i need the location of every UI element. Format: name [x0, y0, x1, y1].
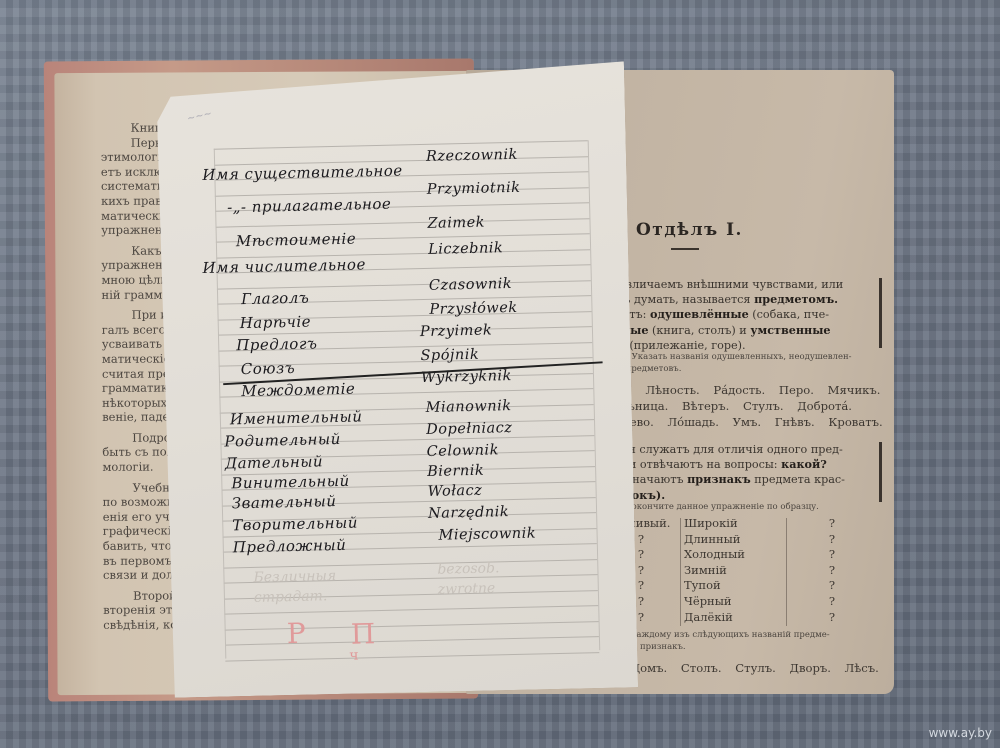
ruled-line [225, 652, 599, 661]
russian-term: Нарѣчіе [240, 313, 312, 333]
faded-russian: страдат. [254, 588, 328, 606]
red-pencil-mark: ч [349, 648, 359, 664]
paragraph-line: ого и отвѣчаютъ на вопросы: какой? [606, 457, 894, 472]
polish-term: Rzeczownik [426, 147, 518, 165]
table-cell: Холодный [684, 547, 784, 563]
ruled-line [225, 621, 599, 630]
polish-term: Liczebnik [428, 240, 503, 258]
polish-term: Przysłówek [429, 300, 518, 318]
faded-polish: bezosob. [437, 560, 499, 577]
bold-term: предметомъ. [754, 292, 838, 306]
pencil-scribble: ~~~ [186, 108, 213, 124]
case-russian: Дательный [225, 452, 324, 472]
exercise-3-words: ъ. Домъ. Столъ. Стулъ. Дворъ. Лѣсъ. [606, 660, 879, 676]
red-pencil-mark: П [350, 617, 375, 651]
faded-russian: Безличныя [253, 568, 336, 586]
case-polish: Mianownik [426, 398, 512, 416]
paragraph-line: орыя служатъ для отличія одного пред- [606, 442, 894, 457]
handwritten-vocabulary-sheet: ~~~ Имя существительноеRzeczownik-„- при… [156, 61, 638, 697]
photo-scene: КнигаПервыэтимологіиетъ исключсистематич… [0, 0, 1000, 748]
case-polish: Biernik [427, 463, 484, 480]
red-pencil-mark: Р [286, 617, 306, 650]
paragraph-line: бываютъ: одушевлённые (собака, пче- [591, 307, 881, 322]
ruled-line [217, 280, 591, 289]
case-russian: Предложный [233, 536, 347, 557]
case-polish: Dopełniacz [426, 420, 513, 438]
polish-term: Przymiotnik [427, 180, 521, 198]
margin-bar [879, 278, 882, 348]
case-russian: Именительный [230, 407, 363, 428]
polish-term: Zaimek [427, 215, 485, 232]
table-cell: Длинный [684, 532, 784, 548]
exercise-2-heading: 2-е. Докончите данное упражненіе по обра… [606, 502, 819, 512]
ruled-line [223, 559, 597, 568]
table-divider [680, 518, 681, 626]
plain-text: (прилежаніе, горе). [626, 339, 746, 352]
definition-noun: мы различаемъ внѣшними чувствами, илиоже… [591, 277, 881, 353]
definition-adjective: орыя служатъ для отличія одного пред-ого… [606, 442, 894, 503]
chapter-rule [671, 248, 699, 250]
table-cell: Чёрный [684, 594, 784, 610]
table-cell: ? [792, 532, 872, 548]
table-cell: ? [792, 547, 872, 563]
case-russian: Творительный [232, 514, 358, 535]
russian-term: Глаголъ [241, 289, 309, 309]
table-cell: ? [792, 594, 872, 610]
paragraph-line: мы различаемъ внѣшними чувствами, или [591, 277, 881, 292]
table-cell: Тупой [684, 578, 784, 594]
polish-term: Spójnik [420, 347, 479, 364]
paragraph-line: ожемъ думать, называется предметомъ. [591, 292, 881, 307]
margin-bar-2 [879, 442, 882, 502]
russian-term: Предлогъ [236, 334, 318, 354]
case-polish: Celownik [427, 442, 500, 460]
paragraph-line: влённые (книга, столъ) и умственные [591, 323, 881, 338]
watermark: www.ay.by [929, 726, 992, 740]
bold-term: признакъ [687, 472, 751, 486]
paragraph-line: высокъ). [606, 488, 894, 503]
plain-text: предмета крас- [751, 473, 845, 486]
table-cell: Зимній [684, 563, 784, 579]
plain-text: орыя служатъ для отличія одного пред- [606, 443, 843, 456]
exercise-3-heading: е. Къ каждому изъ слѣдующихъ названій пр… [606, 630, 830, 640]
word-line: Дерево. Лóшадь. Умъ. Гнѣвъ. Кроватъ. [606, 414, 883, 430]
paragraph-line: иные (прилежаніе, горе). [591, 338, 881, 353]
table-cell: ? [792, 516, 872, 532]
russian-term: Мѣстоименіе [236, 230, 357, 251]
ruled-line [225, 636, 599, 645]
table-cell: ? [792, 610, 872, 626]
ruled-line [224, 605, 598, 614]
ruled-line [215, 187, 589, 196]
faded-polish: zwrotne [438, 580, 496, 597]
table-cell: Далёкій [684, 610, 784, 626]
russian-term: Союзъ [241, 359, 296, 378]
table-divider [786, 518, 787, 626]
case-russian: Винительный [231, 472, 350, 493]
word-line: рильница. Вѣтеръ. Стулъ. Добротá. [606, 398, 883, 414]
case-russian: Звательный [232, 492, 337, 512]
table-cell: Широкій [684, 516, 784, 532]
bold-term: какой? [781, 457, 827, 471]
case-russian: Родительный [224, 430, 341, 451]
paragraph-line: обозначаютъ признакъ предмета крас- [606, 472, 894, 487]
exercise-1-words: ица. Лѣность. Рáдость. Перо. Мячикъ.риль… [606, 382, 883, 430]
word-line: ица. Лѣность. Рáдость. Перо. Мячикъ. [606, 382, 883, 398]
bold-term: умственные [750, 323, 830, 337]
table-cell: ? [792, 563, 872, 579]
case-polish: Miejscownik [438, 525, 536, 543]
table-cell: ? [792, 578, 872, 594]
polish-term: Czasownik [429, 276, 513, 294]
plain-text: (собака, пче- [749, 308, 829, 321]
table-col-2: ШирокійДлинныйХолодныйЗимнійТупойЧёрныйД… [684, 516, 784, 625]
case-polish: Narzędnik [428, 504, 509, 522]
case-polish: Wołacz [427, 483, 482, 500]
ruled-line [216, 218, 590, 227]
russian-term: -„- прилагательное [227, 195, 392, 217]
russian-term: Имя числительное [202, 255, 366, 277]
plain-text: (книга, столъ) и [649, 324, 751, 337]
chapter-title: Отдѣлъ I. [636, 220, 743, 240]
polish-term: Przyimek [420, 322, 493, 340]
ruled-line [214, 140, 588, 149]
bold-term: одушевлённые [650, 307, 749, 321]
exercise-1-heading: § 1-е. Указать названія одушевленныхъ, н… [606, 352, 852, 362]
table-col-3: ??????? [792, 516, 872, 625]
